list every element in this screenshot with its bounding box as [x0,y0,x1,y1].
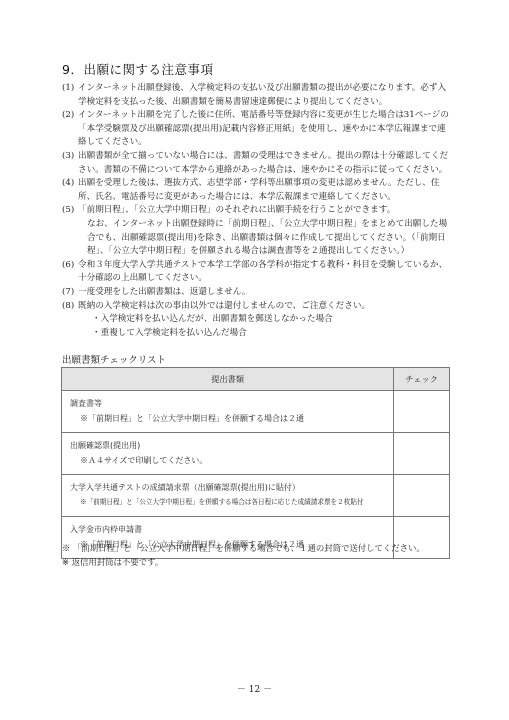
checklist-row: 大学入学共通テストの成績請求票（出願確認票(提出用)に貼付） ※「前期日程」と「… [62,475,450,517]
document-note: ※「前期日程」と「公立大学中期日程」を併願する場合は各日程に応じた成績請求票を２… [70,495,385,510]
document-name: 調査書等 [70,396,385,411]
footnotes: ※ 「前期日程」と「公立大学中期日程」を併願する場合でも、１通の封筒で送付してく… [62,541,425,569]
notes-list: (1) インターネット出願登録後、入学検定料の支払い及び出願書類の提出が必要にな… [62,82,454,340]
note-item: (6) 令和３年度大学入学共通テストで本学工学部の各学科が指定する教科・科目を受… [62,259,454,286]
note-text: 一度受理をした出願書類は、返還しません。 [78,286,454,300]
note-number: (4) [62,177,78,204]
note-number: (6) [62,259,78,286]
footnote: ※ 「前期日程」と「公立大学中期日程」を併願する場合でも、１通の封筒で送付してく… [62,541,425,555]
check-cell[interactable] [394,475,450,517]
note-item: (8) 既納の入学検定料は次の事由以外では還付しませんので、ご注意ください。 [62,300,454,314]
checklist-header-row: 提出書類 チェック [62,368,450,391]
checklist-row: 調査書等 ※「前期日程」と「公立大学中期日程」を併願する場合は２通 [62,391,450,433]
document-name: 出願確認票(提出用) [70,438,385,453]
checklist-title: 出願書類チェックリスト [62,352,166,366]
document-note: ※「前期日程」と「公立大学中期日程」を併願する場合は２通 [70,411,385,426]
note-text: インターネット出願登録後、入学検定料の支払い及び出願書類の提出が必要になります。… [78,82,454,109]
note-item: (7) 一度受理をした出願書類は、返還しません。 [62,286,454,300]
footnote: ※ 返信用封筒は不要です。 [62,555,425,569]
note-number: (2) [62,109,78,150]
note-number: (5) [62,204,78,258]
note-text: 既納の入学検定料は次の事由以外では還付しませんので、ご注意ください。 [78,300,454,314]
note-number: (1) [62,82,78,109]
note-text: インターネット出願を完了した後に住所、電話番号等登録内容に変更が生じた場合は31… [78,109,454,150]
checklist-table: 提出書類 チェック 調査書等 ※「前期日程」と「公立大学中期日程」を併願する場合… [61,367,450,559]
note-text: 出願書類が全て揃っていない場合には、書類の受理はできません。提出の際は十分確認し… [78,150,454,177]
note-text: 令和３年度大学入学共通テストで本学工学部の各学科が指定する教科・科目を受験してい… [78,259,454,286]
note-item: (1) インターネット出願登録後、入学検定料の支払い及び出願書類の提出が必要にな… [62,82,454,109]
refund-case: ・重複して入学検定料を払い込んだ場合 [62,327,454,341]
note-line: なお、インターネット出願登録時に「前期日程」、「公立大学中期日程」をまとめて出願… [78,218,454,259]
refund-case: ・入学検定料を払い込んだが、出願書類を郵送しなかった場合 [62,313,454,327]
note-item: (4) 出願を受理した後は、選抜方式、志望学部・学科等出願事項の変更は認めません… [62,177,454,204]
document-note: ※Ａ４サイズで印刷してください。 [70,453,385,468]
document-name: 入学金市内枠申請書 [70,522,385,537]
section-title: 9．出願に関する注意事項 [62,60,213,78]
note-item: (3) 出願書類が全て揃っていない場合には、書類の受理はできません。提出の際は十… [62,150,454,177]
note-text: 出願を受理した後は、選抜方式、志望学部・学科等出願事項の変更は認めません。ただし… [78,177,454,204]
check-cell[interactable] [394,391,450,433]
note-item: (5) 「前期日程」、「公立大学中期日程」のそれぞれに出願手続を行うことができま… [62,204,454,258]
document-page: 9．出願に関する注意事項 (1) インターネット出願登録後、入学検定料の支払い及… [0,0,509,720]
header-check: チェック [394,368,450,391]
note-number: (7) [62,286,78,300]
page-number: － 12 － [0,682,509,695]
checklist-row: 出願確認票(提出用) ※Ａ４サイズで印刷してください。 [62,433,450,475]
note-text: 「前期日程」、「公立大学中期日程」のそれぞれに出願手続を行うことができます。 な… [78,204,454,258]
note-number: (8) [62,300,78,314]
note-line: 「前期日程」、「公立大学中期日程」のそれぞれに出願手続を行うことができます。 [78,204,454,218]
document-name: 大学入学共通テストの成績請求票（出願確認票(提出用)に貼付） [70,480,385,495]
note-item: (2) インターネット出願を完了した後に住所、電話番号等登録内容に変更が生じた場… [62,109,454,150]
check-cell[interactable] [394,433,450,475]
header-documents: 提出書類 [62,368,394,391]
note-number: (3) [62,150,78,177]
